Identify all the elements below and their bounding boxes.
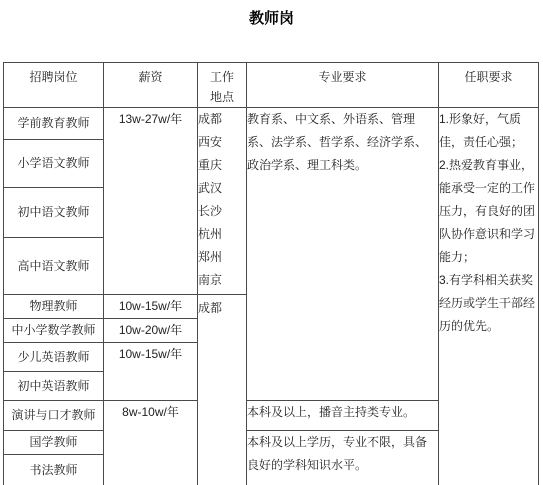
position-cell: 国学教师 (4, 431, 104, 455)
column-header-location: 工作 地点 (198, 63, 247, 108)
qualification-cell: 1.形象好，气质佳，责任心强； 2.热爱教育事业，能承受一定的工作压力，有良好的… (439, 108, 539, 485)
major-cell: 本科及以上，播音主持类专业。 (247, 401, 439, 431)
recruitment-table: 招聘岗位 薪资 工作 地点 专业要求 任职要求 学前教育教师 13w-27w/年… (3, 62, 539, 485)
salary-cell: 10w-20w/年 (104, 319, 198, 343)
position-cell: 少儿英语教师 (4, 343, 104, 372)
salary-cell: 10w-15w/年 (104, 295, 198, 319)
header-row: 招聘岗位 薪资 工作 地点 专业要求 任职要求 (4, 63, 539, 108)
position-cell: 高中语文教师 (4, 238, 104, 295)
page-title: 教师岗 (0, 0, 543, 29)
position-cell: 初中英语教师 (4, 372, 104, 401)
column-header-salary: 薪资 (104, 63, 198, 108)
table-row: 学前教育教师 13w-27w/年 成都 西安 重庆 武汉 长沙 杭州 郑州 南京… (4, 108, 539, 140)
column-header-position: 招聘岗位 (4, 63, 104, 108)
major-cell: 教育系、中文系、外语系、管理系、法学系、哲学系、经济学系、政治学系、理工科类。 (247, 108, 439, 401)
position-cell: 演讲与口才教师 (4, 401, 104, 431)
position-cell: 初中语文教师 (4, 188, 104, 238)
position-cell: 书法教师 (4, 455, 104, 485)
column-header-major: 专业要求 (247, 63, 439, 108)
location-cell: 成都 西安 重庆 武汉 长沙 杭州 郑州 南京 (198, 108, 247, 295)
position-cell: 中小学数学教师 (4, 319, 104, 343)
salary-cell: 10w-15w/年 (104, 343, 198, 401)
column-header-qualification: 任职要求 (439, 63, 539, 108)
position-cell: 小学语文教师 (4, 140, 104, 188)
major-cell: 本科及以上学历，专业不限，具备良好的学科知识水平。 (247, 431, 439, 485)
position-cell: 学前教育教师 (4, 108, 104, 140)
position-cell: 物理教师 (4, 295, 104, 319)
salary-cell: 13w-27w/年 (104, 108, 198, 295)
location-cell: 成都 (198, 295, 247, 485)
salary-cell: 8w-10w/年 (104, 401, 198, 485)
